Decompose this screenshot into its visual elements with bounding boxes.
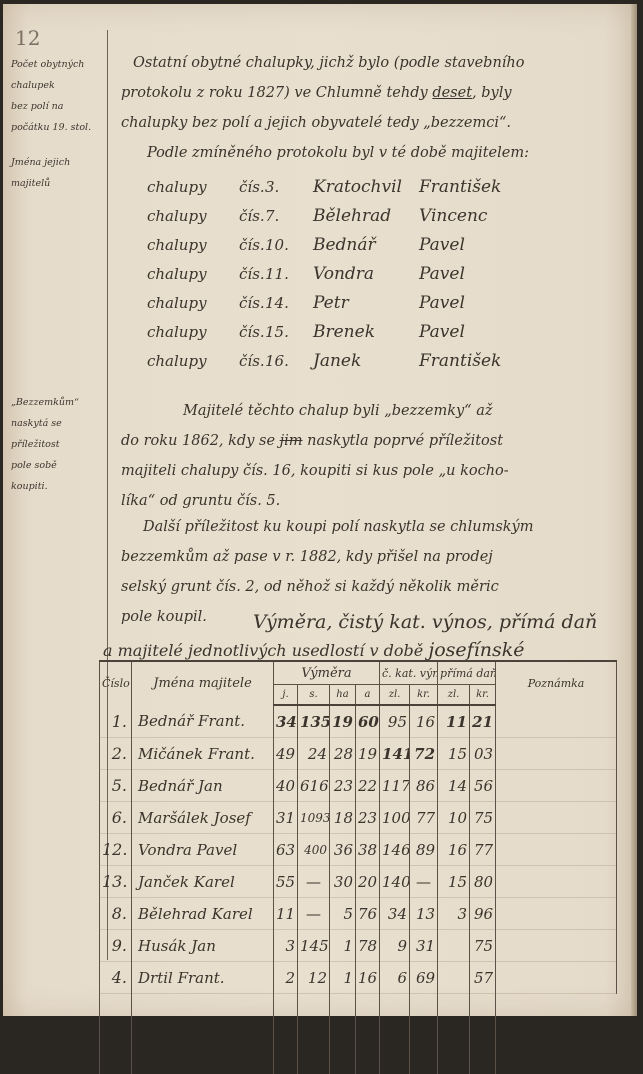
- header-owner: Jména majitele: [132, 661, 274, 705]
- owner-row: chalupyčís.15.BrenekPavel: [147, 317, 527, 346]
- owner-row: chalupyčís.3.KratochvilFrantišek: [147, 172, 527, 201]
- table-row: 13. Janček Karel 55 — 30 20 140 — 15 80: [100, 866, 617, 898]
- subheader-area-ha: ha: [330, 685, 356, 706]
- owner-row: chalupyčís.11.VondraPavel: [147, 259, 527, 288]
- table-row: 12. Vondra Pavel 63 400 36 38 146 89 16 …: [100, 834, 617, 866]
- bezzemci-line-2: do roku 1862, kdy se jim naskytla poprvé…: [121, 426, 621, 456]
- table-row: 8. Bělehrad Karel 11 — 5 76 34 13 3 96: [100, 898, 617, 930]
- margin-note-bezzemci: „Bezzemkům“ naskytá se příležitost pole …: [11, 392, 103, 497]
- struck-word: jim: [280, 433, 303, 449]
- owners-list: chalupyčís.3.KratochvilFrantišek chalupy…: [147, 172, 527, 375]
- margin-note-owner-names: Jména jejich majitelů: [11, 152, 103, 194]
- ledger-page: 12 Počet obytných chalupek bez polí na p…: [3, 4, 637, 1016]
- table-heading: Výměra, čistý kat. výnos, přímá daň a ma…: [103, 608, 623, 665]
- subheader-area-a: a: [356, 685, 380, 706]
- table-heading-emphasis: josefínské: [428, 639, 524, 661]
- intro-line-2: protokolu z roku 1827) ve Chlumně tehdy …: [121, 78, 621, 108]
- owner-row: chalupyčís.14.PetrPavel: [147, 288, 527, 317]
- owner-row: chalupyčís.7.BělehradVincenc: [147, 201, 527, 230]
- table-row: 4. Drtil Frant. 2 12 1 16 6 69 57: [100, 962, 617, 994]
- owner-row: chalupyčís.10.BednářPavel: [147, 230, 527, 259]
- underlined-word: deset: [432, 85, 472, 101]
- table-row: 6. Maršálek Josef 31 1093 18 23 100 77 1…: [100, 802, 617, 834]
- page-number: 12: [15, 26, 40, 50]
- subheader-yield-kr: kr.: [410, 685, 438, 706]
- page-edge: [631, 4, 637, 1016]
- margin-note-count: Počet obytných chalupek bez polí na počá…: [11, 54, 103, 138]
- table-row: 5. Bednář Jan 40 616 23 22 117 86 14 56: [100, 770, 617, 802]
- owners-intro: Podle zmíněného protokolu byl v té době …: [121, 138, 621, 168]
- table-empty-space: [100, 994, 617, 1025]
- header-house-number: Číslo domu: [100, 661, 132, 705]
- subheader-tax-kr: kr.: [470, 685, 496, 706]
- subheader-tax-zl: zl.: [438, 685, 470, 706]
- header-area: Výměra: [274, 661, 380, 685]
- paragraph-bezzemci: Majitelé těchto chalup byli „bezzemky“ a…: [121, 396, 621, 516]
- header-yield: č. kat. výnos: [380, 661, 438, 685]
- paragraph-intro: Ostatní obytné chalupky, jichž bylo (pod…: [121, 48, 621, 168]
- owner-row: chalupyčís.16.JanekFrantišek: [147, 346, 527, 375]
- table-row: 2. Mičánek Frant. 49 24 28 19 141 72 15 …: [100, 738, 617, 770]
- header-notes: Poznámka: [496, 661, 617, 705]
- header-tax: přímá daň: [438, 661, 496, 685]
- table-row: 1. Bednář Frant. 34 135 19 60 95 16 11 2…: [100, 705, 617, 738]
- ledger-table: Číslo domu Jména majitele Výměra č. kat.…: [99, 660, 617, 1024]
- subheader-yield-zl: zl.: [380, 685, 410, 706]
- subheader-area-s: s.: [298, 685, 330, 706]
- subheader-area-j: j.: [274, 685, 298, 706]
- table-row: 9. Husák Jan 3 145 1 78 9 31 75: [100, 930, 617, 962]
